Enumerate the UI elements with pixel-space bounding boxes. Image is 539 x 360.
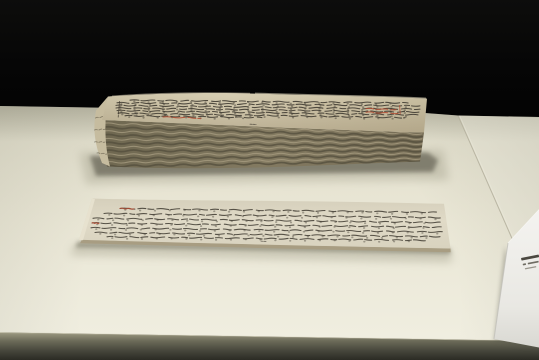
paper-stain [289,102,341,110]
museum-display-photo [0,0,539,360]
manuscript-stack [80,93,449,184]
page-end-line [95,129,106,130]
manuscript-leaf [70,199,452,263]
page-edge-line [103,150,422,152]
red-margin-rule [400,106,401,115]
